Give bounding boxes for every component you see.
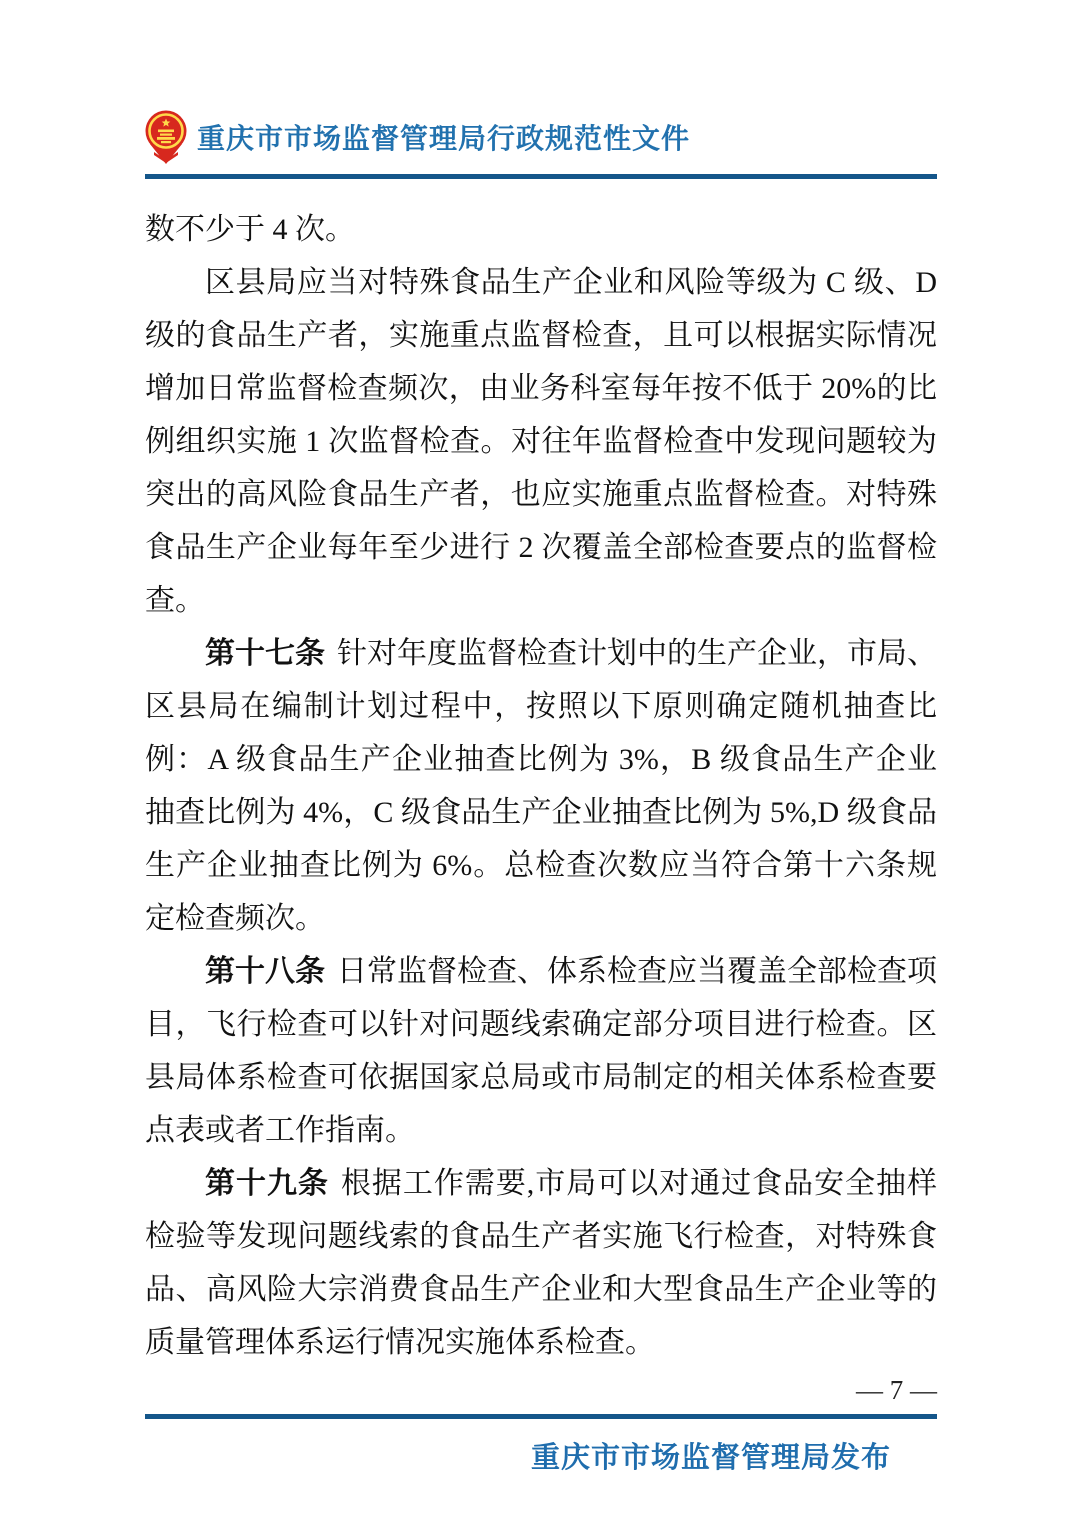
paragraph-continuation: 数不少于 4 次。 bbox=[145, 203, 937, 256]
paragraph: 区县局应当对特殊食品生产企业和风险等级为 C 级、D 级的食品生产者，实施重点监… bbox=[145, 256, 937, 627]
document-header: 重庆市市场监督管理局行政规范性文件 bbox=[145, 0, 937, 179]
paragraph-article-19: 第十九条根据工作需要,市局可以对通过食品安全抽样检验等发现问题线索的食品生产者实… bbox=[145, 1157, 937, 1369]
paragraph-text: 数不少于 4 次。 bbox=[145, 213, 355, 246]
paragraph-text: 区县局应当对特殊食品生产企业和风险等级为 C 级、D 级的食品生产者，实施重点监… bbox=[145, 266, 937, 617]
paragraph-text: 针对年度监督检查计划中的生产企业，市局、区县局在编制计划过程中，按照以下原则确定… bbox=[145, 637, 937, 935]
china-national-emblem-icon bbox=[145, 110, 187, 164]
page-number: — 7 — bbox=[145, 1371, 937, 1409]
header-title: 重庆市市场监督管理局行政规范性文件 bbox=[197, 117, 690, 157]
article-number: 第十七条 bbox=[205, 637, 325, 670]
publisher-label: 重庆市市场监督管理局发布 bbox=[145, 1435, 937, 1476]
paragraph-article-17: 第十七条针对年度监督检查计划中的生产企业，市局、区县局在编制计划过程中，按照以下… bbox=[145, 627, 937, 945]
document-body: 数不少于 4 次。 区县局应当对特殊食品生产企业和风险等级为 C 级、D 级的食… bbox=[145, 203, 937, 1409]
article-number: 第十八条 bbox=[205, 955, 325, 988]
paragraph-article-18: 第十八条日常监督检查、体系检查应当覆盖全部检查项目，飞行检查可以针对问题线索确定… bbox=[145, 945, 937, 1157]
document-page: 重庆市市场监督管理局行政规范性文件 数不少于 4 次。 区县局应当对特殊食品生产… bbox=[0, 0, 1074, 1520]
document-footer: 重庆市市场监督管理局发布 bbox=[145, 1414, 937, 1476]
article-number: 第十九条 bbox=[205, 1167, 329, 1200]
footer-divider bbox=[145, 1414, 937, 1419]
header-divider bbox=[145, 174, 937, 179]
